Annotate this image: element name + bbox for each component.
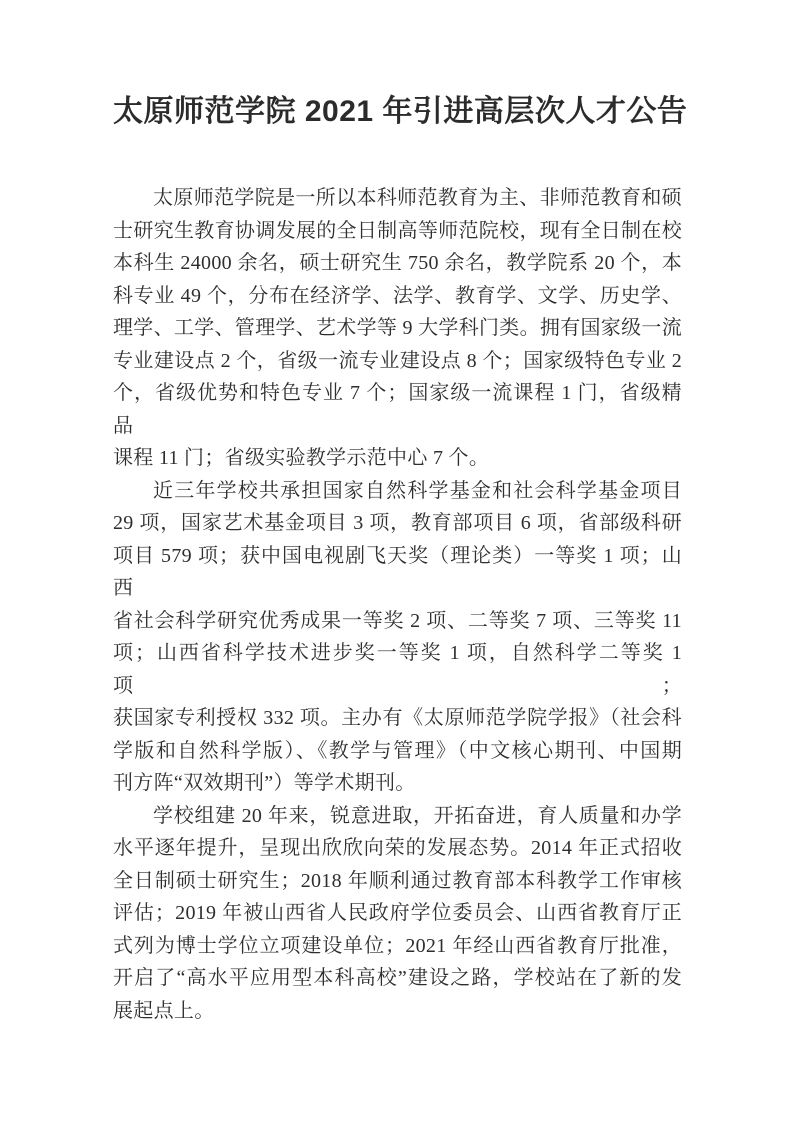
paragraph: 学校组建 20 年来，锐意进取，开拓奋进，育人质量和办学水平逐年提升，呈现出欣欣… — [113, 800, 682, 1028]
text-line: 项目 579 项；获中国电视剧飞天奖（理论类）一等奖 1 项；山西 — [113, 540, 682, 605]
text-line: 太原师范学院是一所以本科师范教育为主、非师范教育和硕 — [113, 182, 682, 215]
text-line: 全日制硕士研究生；2018 年顺利通过教育部本科教学工作审核 — [113, 865, 682, 898]
text-line: 士研究生教育协调发展的全日制高等师范院校，现有全日制在校 — [113, 215, 682, 248]
text-line: 本科生 24000 余名，硕士研究生 750 余名，教学院系 20 个，本 — [113, 247, 682, 280]
paragraph: 太原师范学院是一所以本科师范教育为主、非师范教育和硕士研究生教育协调发展的全日制… — [113, 182, 682, 475]
text-line: 课程 11 门；省级实验教学示范中心 7 个。 — [113, 442, 682, 475]
text-line: 评估；2019 年被山西省人民政府学位委员会、山西省教育厅正 — [113, 897, 682, 930]
text-line: 学版和自然科学版）、《教学与管理》（中文核心期刊、中国期 — [113, 735, 682, 768]
page-title: 太原师范学院 2021 年引进高层次人才公告 — [113, 94, 682, 130]
text-line: 刊方阵“双效期刊”）等学术期刊。 — [113, 767, 682, 800]
text-line: 专业建设点 2 个，省级一流专业建设点 8 个；国家级特色专业 2 — [113, 345, 682, 378]
text-line: 学校组建 20 年来，锐意进取，开拓奋进，育人质量和办学 — [113, 800, 682, 833]
text-line: 式列为博士学位立项建设单位；2021 年经山西省教育厅批准， — [113, 930, 682, 963]
paragraph: 近三年学校共承担国家自然科学基金和社会科学基金项目29 项，国家艺术基金项目 3… — [113, 475, 682, 800]
document-body: 太原师范学院是一所以本科师范教育为主、非师范教育和硕士研究生教育协调发展的全日制… — [113, 182, 682, 1027]
text-line: 省社会科学研究优秀成果一等奖 2 项、二等奖 7 项、三等奖 11 — [113, 605, 682, 638]
document-page: 太原师范学院 2021 年引进高层次人才公告 太原师范学院是一所以本科师范教育为… — [0, 0, 794, 1123]
text-line: 近三年学校共承担国家自然科学基金和社会科学基金项目 — [113, 475, 682, 508]
text-line: 展起点上。 — [113, 995, 682, 1028]
text-line: 29 项，国家艺术基金项目 3 项，教育部项目 6 项，省部级科研 — [113, 507, 682, 540]
text-line: 开启了“高水平应用型本科高校”建设之路，学校站在了新的发 — [113, 962, 682, 995]
text-line: 水平逐年提升，呈现出欣欣向荣的发展态势。2014 年正式招收 — [113, 832, 682, 865]
text-line: 获国家专利授权 332 项。主办有《太原师范学院学报》（社会科 — [113, 702, 682, 735]
text-line: 项；山西省科学技术进步奖一等奖 1 项，自然科学二等奖 1 项； — [113, 637, 682, 702]
text-line: 科专业 49 个，分布在经济学、法学、教育学、文学、历史学、 — [113, 280, 682, 313]
text-line: 个，省级优势和特色专业 7 个；国家级一流课程 1 门，省级精品 — [113, 377, 682, 442]
text-line: 理学、工学、管理学、艺术学等 9 大学科门类。拥有国家级一流 — [113, 312, 682, 345]
